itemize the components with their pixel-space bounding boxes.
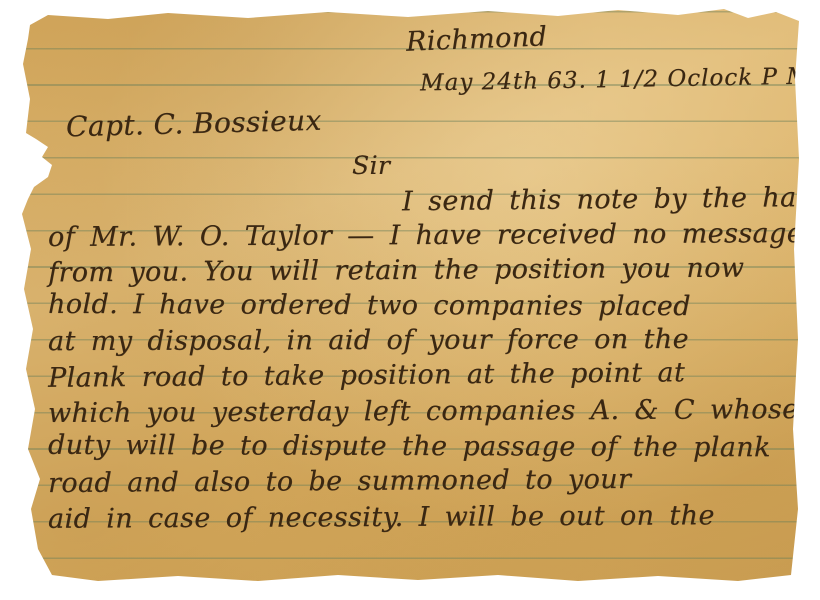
body-line: duty will be to dispute the passage of t… bbox=[48, 430, 771, 464]
body-line: of Mr. W. O. Taylor — I have received no… bbox=[48, 218, 803, 253]
place-line: Richmond bbox=[405, 21, 547, 57]
body-line: I send this note by the hands bbox=[402, 182, 820, 218]
body-line: which you yesterday left companies A. & … bbox=[48, 394, 799, 429]
body-line: from you. You will retain the position y… bbox=[48, 253, 745, 289]
body-line: aid in case of necessity. I will be out … bbox=[48, 500, 715, 534]
body-line: hold. I have ordered two companies place… bbox=[48, 289, 691, 322]
addressee-line: Capt. C. Bossieux bbox=[66, 104, 322, 144]
date-line: May 24th 63. 1 1/2 Oclock P M bbox=[420, 64, 811, 97]
body-line: at my disposal, in aid of your force on … bbox=[48, 324, 689, 357]
salutation-line: Sir bbox=[352, 151, 390, 180]
letter-paper: Richmond May 24th 63. 1 1/2 Oclock P M C… bbox=[18, 9, 800, 592]
body-line: road and also to be summoned to your bbox=[48, 464, 631, 499]
body-line: Plank road to take position at the point… bbox=[48, 357, 685, 394]
